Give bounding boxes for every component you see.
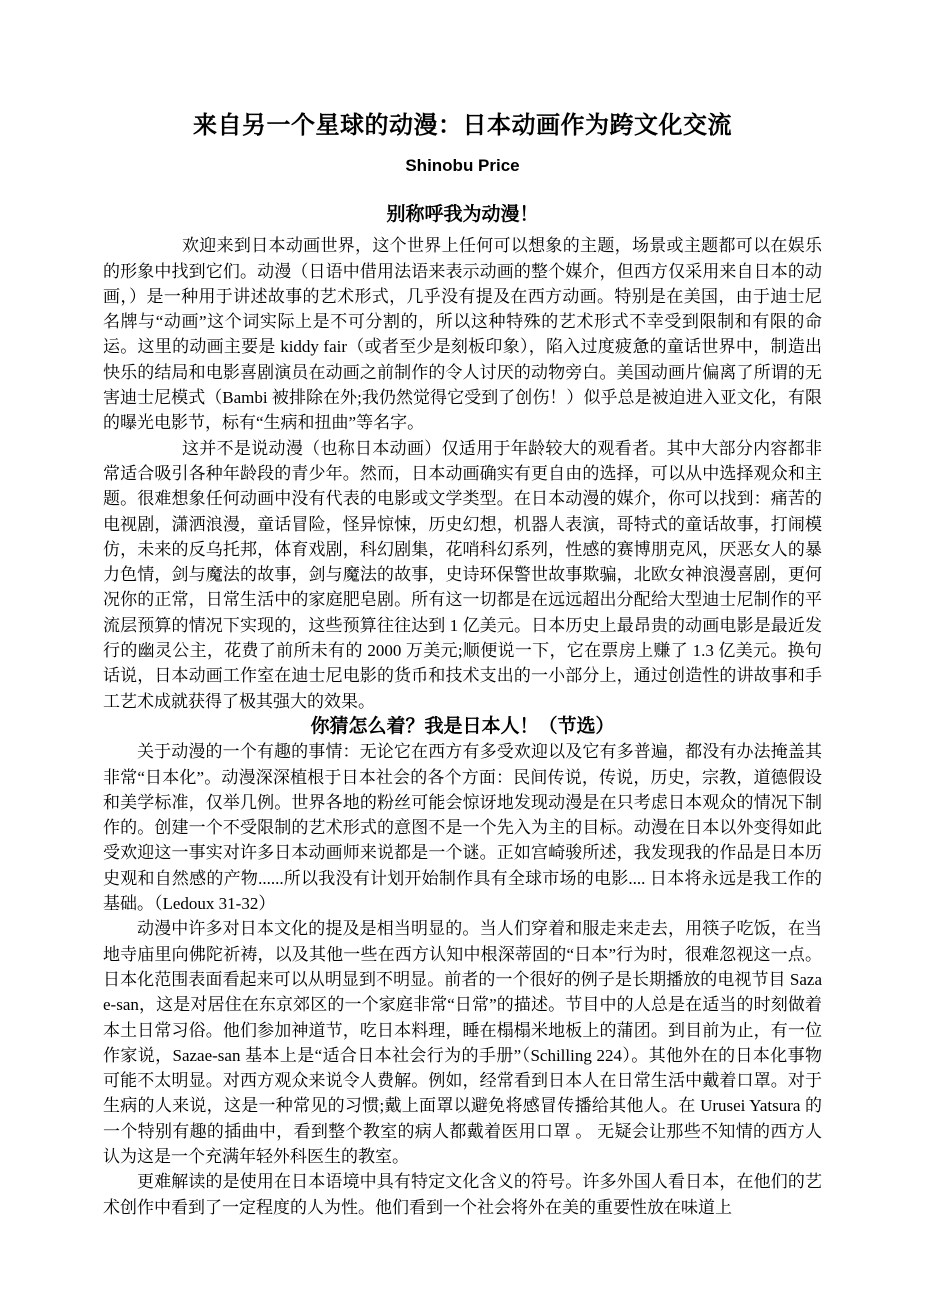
- document-author: Shinobu Price: [103, 156, 822, 176]
- paragraph-anime-genres-budgets: 这并不是说动漫（也称日本动画）仅适用于年龄较大的观看者。其中大部分内容都非常适合…: [103, 436, 822, 714]
- section-heading-dont-call-me-anime: 别称呼我为动漫！: [103, 202, 822, 227]
- section-heading-guess-what-im-japanese: 你猜怎么着？我是日本人！（节选）: [103, 714, 822, 739]
- document-title: 来自另一个星球的动漫：日本动画作为跨文化交流: [103, 110, 822, 142]
- paragraph-cultural-symbols: 更难解读的是使用在日本语境中具有特定文化含义的符号。许多外国人看日本，在他们的艺…: [103, 1169, 822, 1220]
- paragraph-welcome-to-anime: 欢迎来到日本动画世界，这个世界上任何可以想象的主题，场景或主题都可以在娱乐的形象…: [103, 233, 822, 435]
- document-page: 来自另一个星球的动漫：日本动画作为跨文化交流 Shinobu Price 别称呼…: [0, 0, 925, 1309]
- paragraph-anime-japaneseness: 关于动漫的一个有趣的事情：无论它在西方有多受欢迎以及它有多普遍，都没有办法掩盖其…: [103, 739, 822, 916]
- paragraph-japanese-culture-references: 动漫中许多对日本文化的提及是相当明显的。当人们穿着和服走来走去，用筷子吃饭，在当…: [103, 916, 822, 1169]
